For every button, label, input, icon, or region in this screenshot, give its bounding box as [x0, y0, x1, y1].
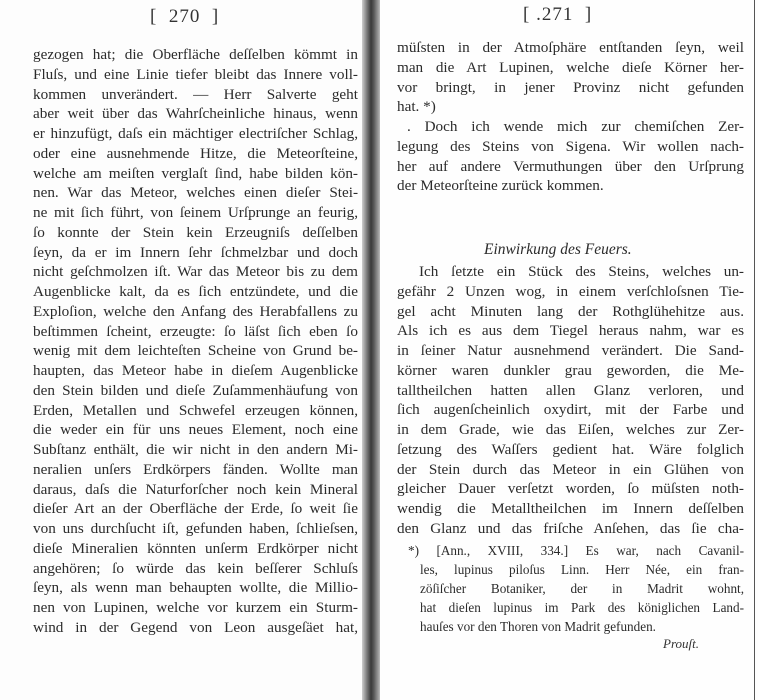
- text-line: daraus, daſs die Naturforſcher noch kein…: [33, 480, 358, 500]
- book-gutter: [362, 0, 382, 700]
- text-line: . Doch ich wende mich zur chemiſchen Zer…: [397, 117, 744, 137]
- left-page: [ 270 ] gezogen hat; die Oberfläche deſſ…: [0, 0, 368, 700]
- text-line: den Glanz und das friſche Anſehen, das ſ…: [397, 519, 744, 539]
- text-line: welche am meiſten verglaſt ſind, habe bi…: [33, 164, 358, 184]
- text-line: nen. War das Meteor, welches einen dieſe…: [33, 183, 358, 203]
- footnote-line: hat dieſen lupinus im Park des königlich…: [408, 598, 744, 617]
- footnote-signature: Prouſt.: [663, 636, 699, 652]
- text-line: wenig mit dem leichteſten Scheine von Gr…: [33, 341, 358, 361]
- page-number-right: [ .271 ]: [523, 4, 592, 26]
- text-line: ſeyn, als wenn man behaupten wollte, die…: [33, 578, 358, 598]
- text-line: ſich augenſcheinlich oxydirt, mit der Fa…: [397, 400, 744, 420]
- text-line: kommen unverändert. — Herr Salverte geht: [33, 85, 358, 105]
- text-line: wendig die Metalltheilchen im Innern deſ…: [397, 499, 744, 519]
- footnote-line: *) [Ann., XVIII, 334.] Es war, nach Cava…: [408, 541, 744, 560]
- text-line: vor bringt, in jener Provinz nicht gefun…: [397, 78, 744, 98]
- text-line: ſeyn, da er im Innern ſehr ſchmelzbar un…: [33, 243, 358, 263]
- section-heading: Einwirkung des Feuers.: [484, 241, 632, 259]
- text-line: gel acht Minuten lang der Rothglühehitze…: [397, 302, 744, 322]
- text-line: die weder ein für uns neues Element, noc…: [33, 420, 358, 440]
- text-line: Augenblicke kalt, da es ſich entzündete,…: [33, 282, 358, 302]
- text-line: er hinzufügt, daſs ein mächtiger electri…: [33, 124, 358, 144]
- text-line: oder eine ausnehmende Hitze, die Meteorſ…: [33, 144, 358, 164]
- text-line: nicht geſchmolzen iſt. War das Meteor bi…: [33, 262, 358, 282]
- right-page-text-top: müſsten in der Atmoſphäre entſtanden ſey…: [397, 38, 744, 196]
- text-line: Ich ſetzte ein Stück des Steins, welches…: [397, 262, 744, 282]
- text-line: neralien unſers Erdkörpers fänden. Wollt…: [33, 460, 358, 480]
- text-line: angehören; ſo würde das kein beſſerer Sc…: [33, 559, 358, 579]
- text-line: den Stein bilden und dieſe Zuſammenhäufu…: [33, 381, 358, 401]
- text-line: in ſeiner Natur ausnehmend verändert. Di…: [397, 341, 744, 361]
- text-line: gezogen hat; die Oberfläche deſſelben kö…: [33, 45, 358, 65]
- text-line: der Stein durch das Meteor in ein Glühen…: [397, 460, 744, 480]
- text-line: der Meteorſteine zurück kommen.: [397, 176, 744, 196]
- footnote-line: zöſiſcher Botaniker, der in Madrit wohnt…: [408, 579, 744, 598]
- text-line: her auf andere Vermuthungen über den Urſ…: [397, 157, 744, 177]
- text-line: ſetzung des Waſſers gedient hat. Wäre fo…: [397, 440, 744, 460]
- text-line: Fluſs, und eine Linie tiefer bleibt das …: [33, 65, 358, 85]
- text-line: gleicher Dauer verſetzt worden, ſo müſst…: [397, 479, 744, 499]
- text-line: wind in der Gegend von Leon ausgeſäet ha…: [33, 618, 358, 638]
- text-line: körner waren dunkler grau geworden, die …: [397, 361, 744, 381]
- page-edge-line: [754, 0, 755, 700]
- text-line: dieſer Art an der Oberfläche der Erde, ſ…: [33, 499, 358, 519]
- text-line: Erden, Metallen und Schwefel erzeugen kö…: [33, 401, 358, 421]
- text-line: gefähr 2 Unzen wog, in einem verſchloſsn…: [397, 282, 744, 302]
- text-line: dieſe Mineralien könnten unſerm Erdkörpe…: [33, 539, 358, 559]
- text-line: aber weit über das Wahrſcheinliche hinau…: [33, 104, 358, 124]
- text-line: ſo konnte der Stein kein Erzeugniſs deſſ…: [33, 223, 358, 243]
- right-page-text-body: Ich ſetzte ein Stück des Steins, welches…: [397, 262, 744, 539]
- text-line: von uns durchſucht iſt, gefunden haben, …: [33, 519, 358, 539]
- page-number-left: [ 270 ]: [150, 6, 219, 28]
- text-line: haupten, das Meteor habe in dieſem Augen…: [33, 361, 358, 381]
- text-line: in dem Grade, wie das Eiſen, welches zur…: [397, 420, 744, 440]
- text-line: talltheilchen hatten allen Glanz verlore…: [397, 381, 744, 401]
- text-line: beſtimmen ſcheint, erzeugte: ſo läſst ſi…: [33, 322, 358, 342]
- text-line: nen von Lupinen, welche vor kurzem ein S…: [33, 598, 358, 618]
- text-line: ne mit ſich führt, von ſeinem Urſprunge …: [33, 203, 358, 223]
- left-page-text: gezogen hat; die Oberfläche deſſelben kö…: [33, 45, 358, 638]
- text-line: Exploſion, welche den Anfang des Herabfa…: [33, 302, 358, 322]
- text-line: Subſtanz enthält, die wir nicht in den a…: [33, 440, 358, 460]
- text-line: hat. *): [397, 97, 744, 117]
- footnote-line: les, lupinus piloſus Linn. Herr Née, ein…: [408, 560, 744, 579]
- text-line: man die Art Lupinen, welche dieſe Körner…: [397, 58, 744, 78]
- text-line: Als ich es aus dem Tiegel heraus nahm, w…: [397, 321, 744, 341]
- footnote: *) [Ann., XVIII, 334.] Es war, nach Cava…: [408, 541, 744, 636]
- text-line: müſsten in der Atmoſphäre entſtanden ſey…: [397, 38, 744, 58]
- text-line: legung des Steins von Sigena. Wir wollen…: [397, 137, 744, 157]
- footnote-line: hauſes vor den Thoren von Madrit gefunde…: [408, 617, 744, 636]
